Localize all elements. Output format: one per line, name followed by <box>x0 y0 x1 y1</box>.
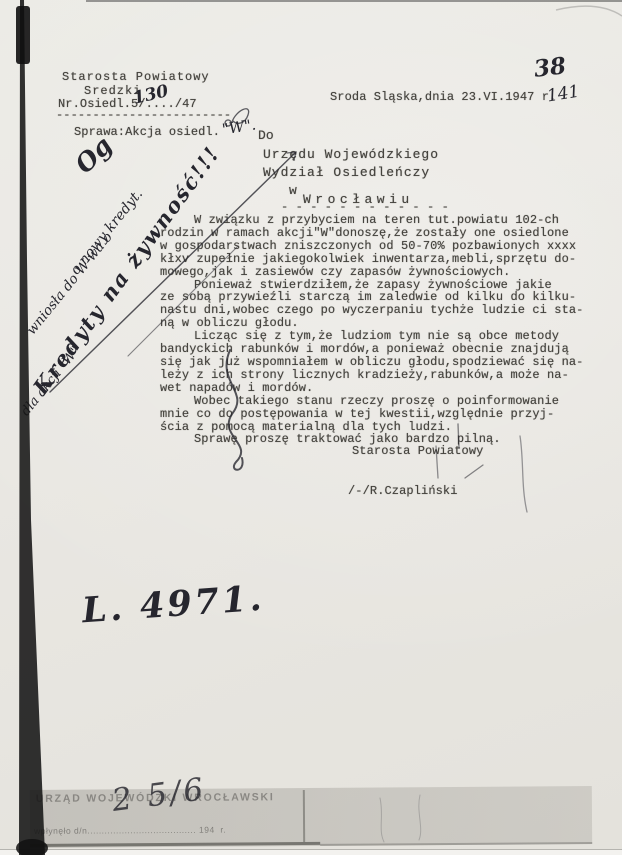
body-line: w gospodarstwach zniszczonych od 50-70% … <box>160 240 600 253</box>
stamp-received-line: wpłynęło d/n............................… <box>34 825 226 836</box>
ledger-number-handwritten: L. 4971. <box>81 578 266 632</box>
top-left-blob <box>16 6 30 64</box>
page-bottom-edge <box>0 849 622 855</box>
subject-handwritten: "W". <box>221 115 257 138</box>
top-right-curve <box>556 6 622 16</box>
body-line: rodzin w ramach akcji"W"donoszę,że zosta… <box>160 227 600 240</box>
recipient-to-label: Do <box>258 128 274 143</box>
body-line: mowego,jak i zasiewów czy zapasów żywnoś… <box>160 266 600 279</box>
closing-signature: /-/R.Czapliński <box>348 484 458 498</box>
recipient-line1: Urzędu Wojewódzkiego <box>263 147 439 162</box>
folio-number-bottom: 141 <box>546 82 581 107</box>
document-page: Starosta Powiatowy Sredzki Nr.Osiedl.5/.… <box>0 0 622 855</box>
folio-number-top: 38 <box>532 52 567 83</box>
body-text: W związku z przybyciem na teren tut.powi… <box>160 214 600 446</box>
pen-long-stroke <box>520 436 527 512</box>
recipient-city-underline: - - - - - - - - - - - - <box>281 200 449 214</box>
pen-dash <box>465 465 483 478</box>
stamp-divider-line <box>303 790 305 842</box>
closing-title: Starosta Powiatowy <box>352 444 483 458</box>
stamp-underline-right <box>320 842 592 846</box>
body-line: kłxv zupełnie jakiegokolwiek inwentarza,… <box>160 253 600 266</box>
recipient-line2: Wydział Osiedleńczy <box>263 165 430 180</box>
body-line: leży z ich strony licznych kradzieży,rab… <box>160 369 600 382</box>
body-line: się jak już wspomniałem w obliczu głodu,… <box>160 356 600 369</box>
receipt-stamp: URZĄD WOJEWÓDZKI WROCŁAWSKI wpłynęło d/n… <box>30 786 592 848</box>
body-line: Wobec takiego stanu rzeczy proszę o poin… <box>160 395 600 408</box>
top-scan-line <box>86 0 622 2</box>
stamp-underline <box>30 842 320 847</box>
stamp-number-handwritten: 2 5/6 <box>110 771 208 819</box>
left-scan-edge <box>19 0 45 855</box>
body-line: W związku z przybyciem na teren tut.powi… <box>160 214 600 227</box>
date-line: Sroda Sląska,dnia 23.VI.1947 r. <box>330 90 556 104</box>
sender-office-line1: Starosta Powiatowy <box>62 70 210 84</box>
header-separator-dashes: ------------------------ <box>56 108 231 122</box>
body-line: mnie co do postępowania w tej kwestii,wz… <box>160 408 600 421</box>
recipient-line3: w <box>289 183 297 198</box>
body-line: wet napadów i mordów. <box>160 382 600 395</box>
